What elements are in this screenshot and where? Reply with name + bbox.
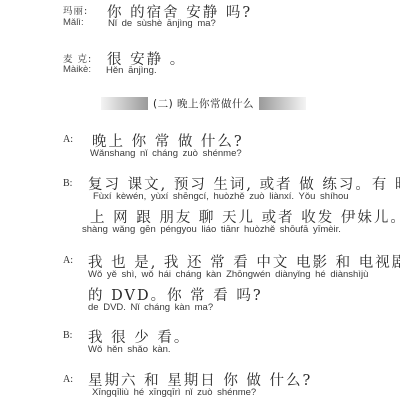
speaker-label-a: A:: [63, 255, 73, 266]
speaker-label-b: B:: [63, 178, 72, 189]
speaker-label-a: A:: [63, 134, 73, 145]
dialogue-line-pinyin: Wǎnshang nǐ cháng zuò shénme?: [90, 148, 242, 159]
dialogue-line-pinyin: Nǐ de sùshè ānjìng ma?: [108, 18, 216, 29]
speaker-label-maike-chinese: 麦 克:: [63, 51, 92, 65]
speaker-label-b: B:: [63, 330, 72, 341]
header-bar-left: [101, 97, 148, 110]
dialogue-line-pinyin: Wǒ hěn shǎo kàn.: [88, 344, 171, 355]
speaker-label-mali-chinese: 玛丽:: [63, 3, 88, 17]
section-title: (二) 晚上你常做什么: [148, 96, 259, 111]
dialogue-line-pinyin: Wǒ yě shì, wǒ hái cháng kàn Zhōngwén dià…: [88, 269, 368, 280]
speaker-label-maike-pinyin: Màikè:: [63, 64, 91, 75]
dialogue-line-pinyin: shàng wǎng gēn péngyou liáo tiānr huòzhě…: [82, 224, 341, 235]
speaker-label-mali-pinyin: Mǎlì:: [63, 17, 84, 28]
dialogue-line-pinyin: Fùxí kèwén, yùxí shēngcí, huòzhě zuò lià…: [93, 191, 349, 202]
section-header: (二) 晚上你常做什么: [101, 96, 306, 111]
speaker-label-a: A:: [63, 374, 73, 385]
dialogue-line-pinyin: Xīngqīliù hé xīngqīrì nǐ zuò shénme?: [92, 387, 256, 398]
dialogue-line-pinyin: Hěn ānjìng.: [106, 65, 157, 76]
dialogue-line-pinyin: de DVD. Nǐ cháng kàn ma?: [88, 302, 213, 313]
header-bar-right: [259, 97, 306, 110]
